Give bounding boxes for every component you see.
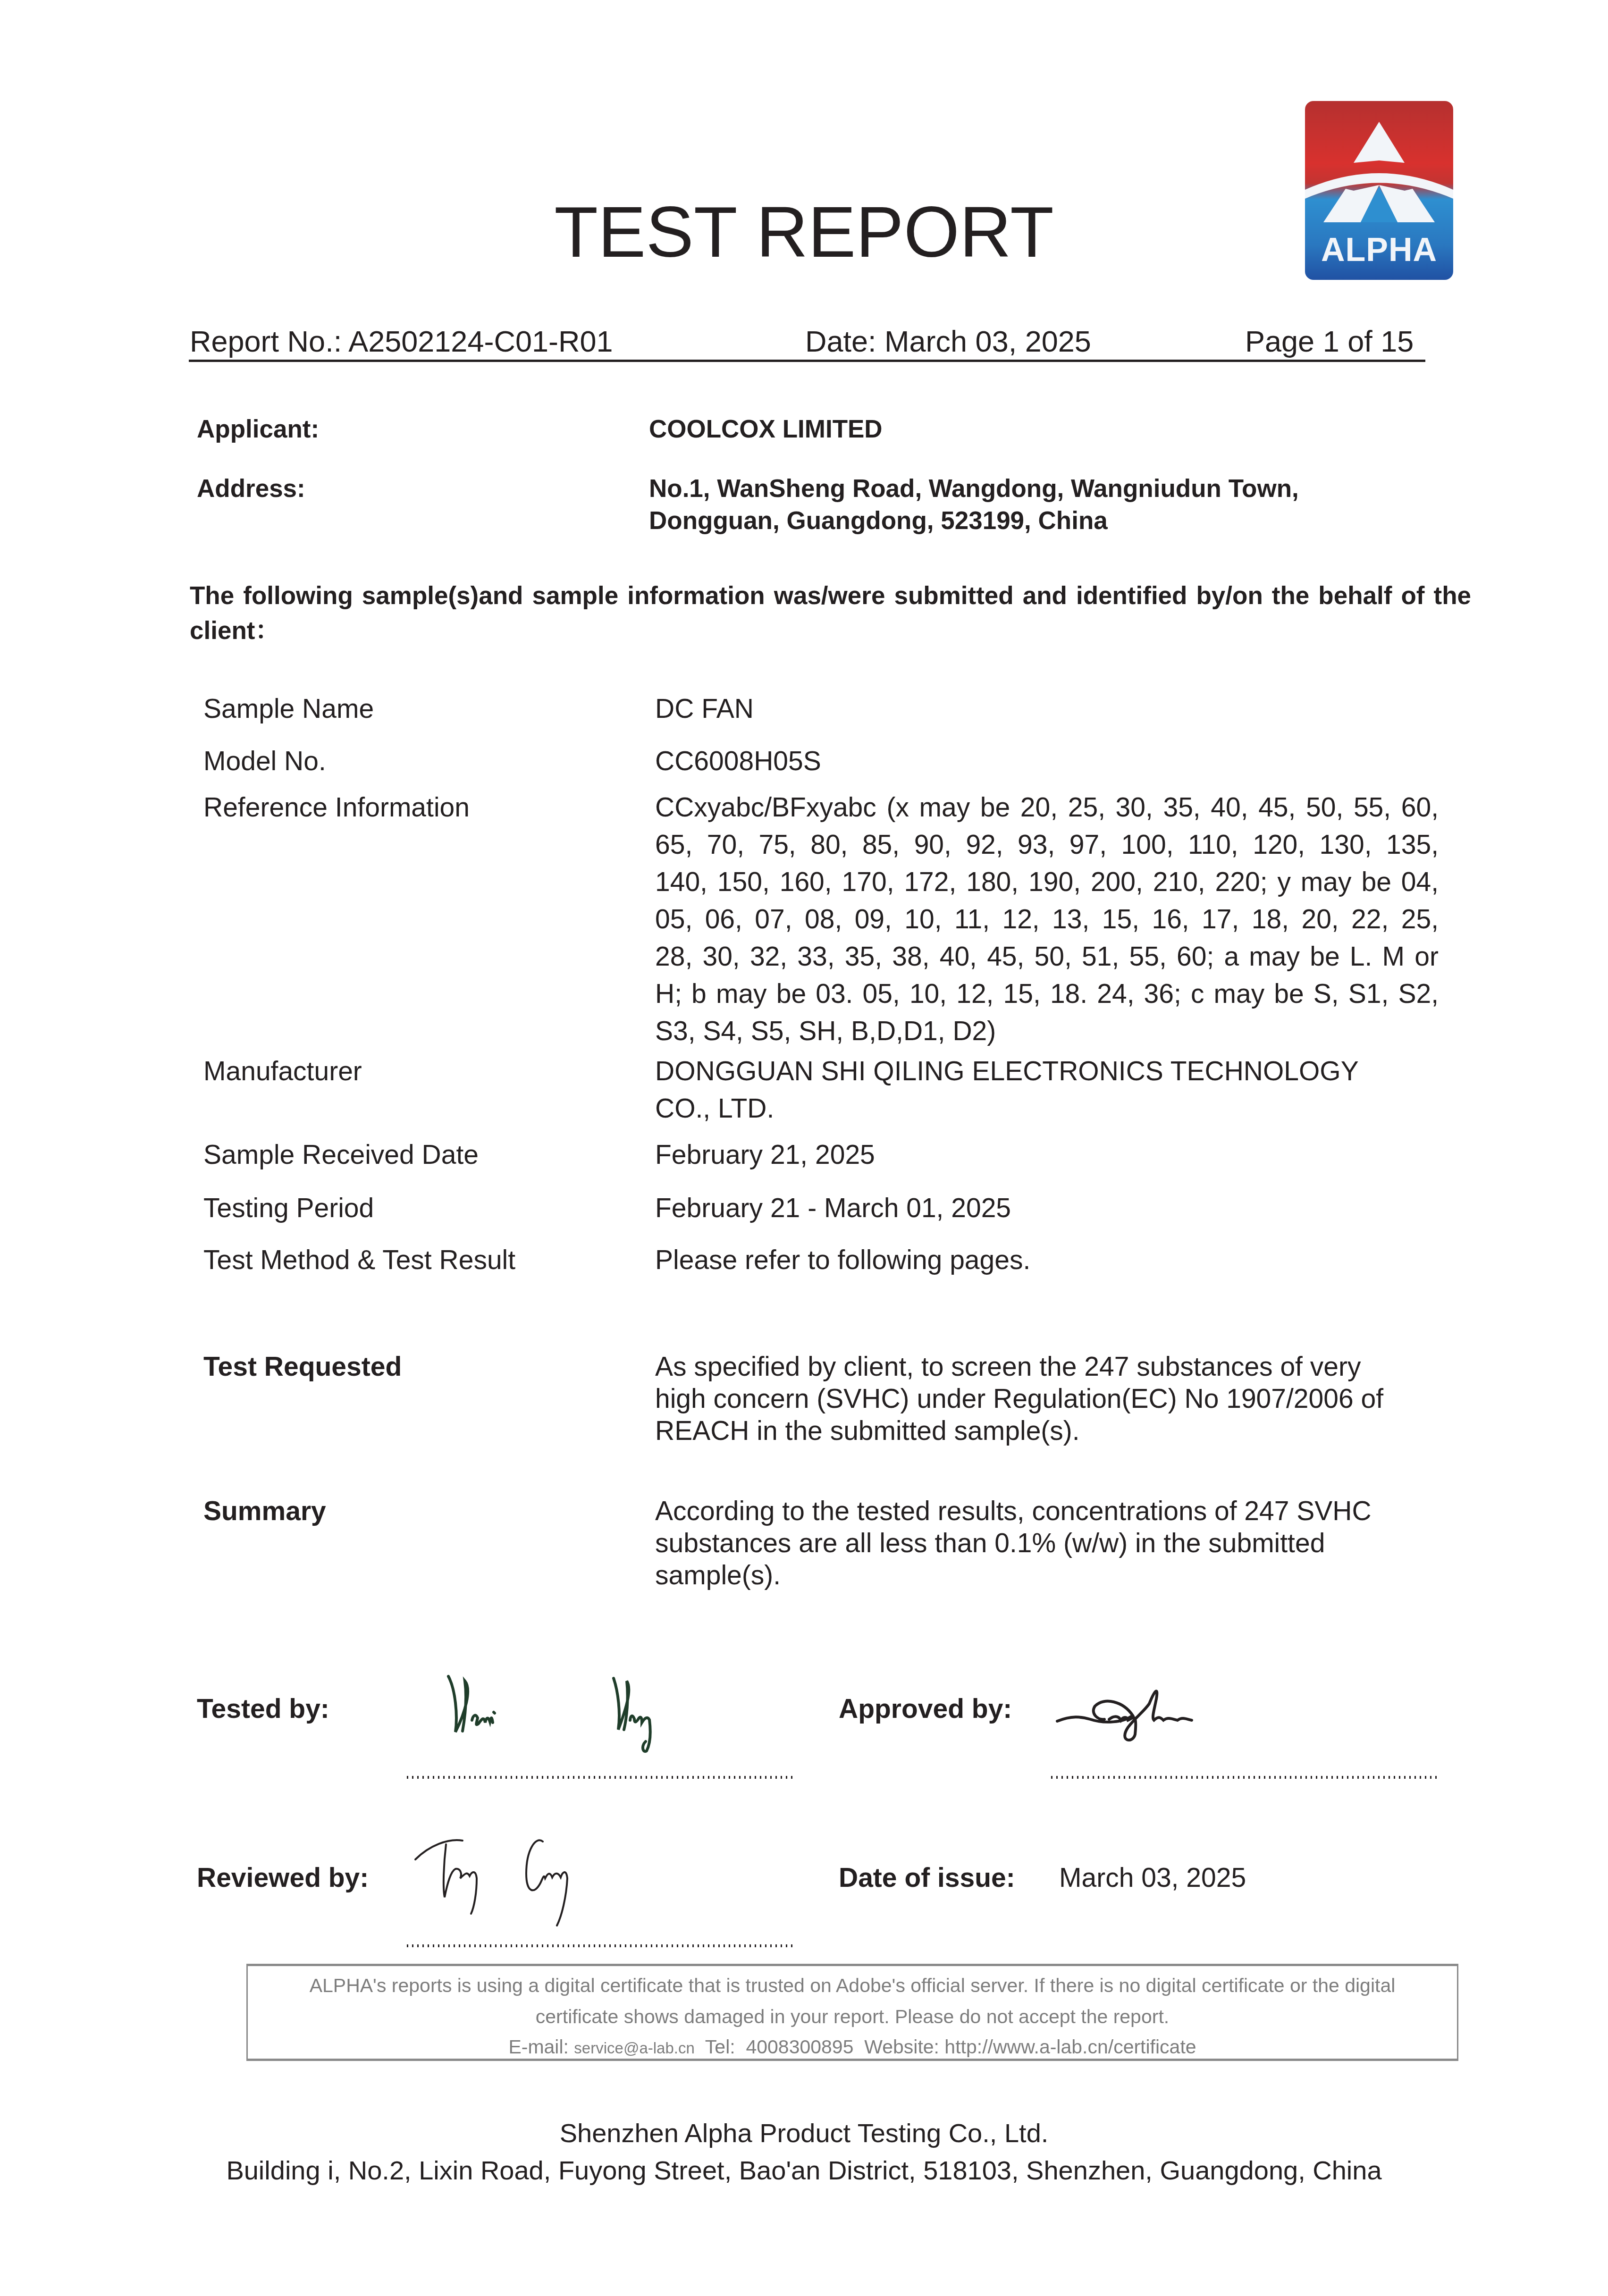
- page-indicator: Page 1 of 15: [1245, 325, 1414, 359]
- reference-line: 140, 150, 160, 170, 172, 180, 190, 200, …: [655, 864, 1439, 901]
- reviewed-by-label: Reviewed by:: [197, 1862, 369, 1893]
- reference-info-value: CCxyabc/BFxyabc (x may be 20, 25, 30, 35…: [655, 789, 1439, 1050]
- model-no-label: Model No.: [203, 743, 326, 780]
- tested-by-signature-line: [407, 1776, 796, 1779]
- email-link[interactable]: service@a-lab.cn: [574, 2039, 694, 2057]
- approved-by-signature: [1052, 1682, 1260, 1744]
- testing-period-value: February 21 - March 01, 2025: [655, 1190, 1011, 1227]
- address-line-2: Dongguan, Guangdong, 523199, China: [649, 505, 1108, 537]
- summary-value: According to the tested results, concent…: [655, 1495, 1372, 1591]
- reference-line: 65, 70, 75, 80, 85, 90, 92, 93, 97, 100,…: [655, 826, 1439, 864]
- test-requested-line: high concern (SVHC) under Regulation(EC)…: [655, 1383, 1383, 1415]
- received-date-value: February 21, 2025: [655, 1136, 875, 1174]
- report-number: Report No.: A2502124-C01-R01: [190, 325, 613, 359]
- applicant-label: Applicant:: [197, 413, 319, 446]
- tel-website: Tel: 4008300895 Website: http://www.a-la…: [695, 2036, 1196, 2058]
- reviewed-by-signature-line: [407, 1944, 796, 1947]
- address-label: Address:: [197, 473, 305, 505]
- report-date: Date: March 03, 2025: [805, 325, 1091, 359]
- summary-label: Summary: [203, 1495, 326, 1527]
- notice-contact: E-mail: service@a-lab.cn Tel: 4008300895…: [248, 2036, 1457, 2058]
- test-method-value: Please refer to following pages.: [655, 1242, 1030, 1279]
- notice-line-2: certificate shows damaged in your report…: [248, 2006, 1457, 2028]
- manufacturer-label: Manufacturer: [203, 1053, 362, 1090]
- reference-line: S3, S4, S5, SH, B,D,D1, D2): [655, 1013, 1439, 1050]
- approved-by-signature-line: [1051, 1776, 1440, 1779]
- tested-by-signature: [439, 1671, 694, 1756]
- reviewed-by-signature: [411, 1826, 637, 1930]
- received-date-label: Sample Received Date: [203, 1136, 479, 1174]
- sample-name-value: DC FAN: [655, 690, 754, 728]
- manufacturer-line-1: DONGGUAN SHI QILING ELECTRONICS TECHNOLO…: [655, 1053, 1359, 1090]
- test-requested-value: As specified by client, to screen the 24…: [655, 1351, 1383, 1447]
- model-no-value: CC6008H05S: [655, 743, 821, 780]
- reference-line: H; b may be 03. 05, 10, 12, 15, 18. 24, …: [655, 976, 1439, 1013]
- test-requested-label: Test Requested: [203, 1351, 402, 1383]
- email-label: E-mail:: [508, 2036, 574, 2058]
- summary-line: substances are all less than 0.1% (w/w) …: [655, 1527, 1372, 1559]
- date-of-issue-label: Date of issue:: [839, 1862, 1015, 1893]
- footer-company: Shenzhen Alpha Product Testing Co., Ltd.: [0, 2118, 1608, 2148]
- header-divider: [189, 360, 1425, 362]
- testing-period-label: Testing Period: [203, 1190, 374, 1227]
- tested-by-label: Tested by:: [197, 1693, 329, 1724]
- applicant-value: COOLCOX LIMITED: [649, 413, 883, 446]
- sample-name-label: Sample Name: [203, 690, 374, 728]
- test-method-label: Test Method & Test Result: [203, 1242, 515, 1279]
- intro-paragraph: The following sample(s)and sample inform…: [190, 579, 1471, 648]
- reference-line: 05, 06, 07, 08, 09, 10, 11, 12, 13, 15, …: [655, 901, 1439, 938]
- footer-address: Building i, No.2, Lixin Road, Fuyong Str…: [0, 2155, 1608, 2186]
- test-requested-line: As specified by client, to screen the 24…: [655, 1351, 1383, 1383]
- summary-line: sample(s).: [655, 1559, 1372, 1591]
- digital-certificate-notice: ALPHA's reports is using a digital certi…: [246, 1964, 1458, 2061]
- test-requested-line: REACH in the submitted sample(s).: [655, 1415, 1383, 1447]
- manufacturer-line-2: CO., LTD.: [655, 1090, 774, 1127]
- page-title: TEST REPORT: [0, 191, 1608, 274]
- reference-info-label: Reference Information: [203, 789, 470, 826]
- summary-line: According to the tested results, concent…: [655, 1495, 1372, 1527]
- notice-line-1: ALPHA's reports is using a digital certi…: [248, 1975, 1457, 1997]
- address-line-1: No.1, WanSheng Road, Wangdong, Wangniudu…: [649, 473, 1299, 505]
- reference-line: CCxyabc/BFxyabc (x may be 20, 25, 30, 35…: [655, 789, 1439, 826]
- reference-line: 28, 30, 32, 33, 35, 38, 40, 45, 50, 51, …: [655, 938, 1439, 976]
- approved-by-label: Approved by:: [839, 1693, 1012, 1724]
- date-of-issue-value: March 03, 2025: [1059, 1862, 1246, 1893]
